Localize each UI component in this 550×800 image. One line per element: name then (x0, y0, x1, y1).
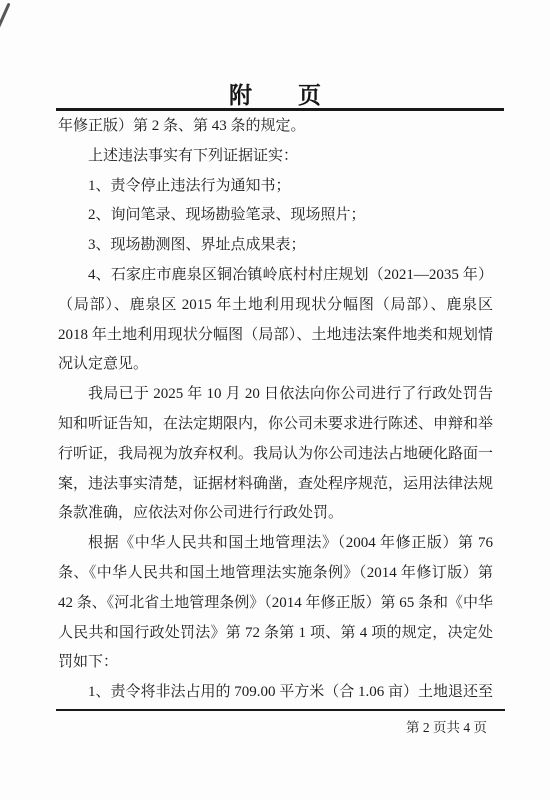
paragraph: 根据《中华人民共和国土地管理法》（2004 年修正版）第 76 条、《中华人民共… (58, 529, 493, 678)
paragraph: 我局已于 2025 年 10 月 20 日依法向你公司进行了行政处罚告知和听证告… (58, 380, 493, 529)
paragraph: 2、询问笔录、现场勘验笔录、现场照片； (58, 201, 493, 231)
footer-divider-rule (56, 709, 505, 711)
paragraph: 3、现场勘测图、界址点成果表； (58, 231, 493, 261)
title-divider-rule (56, 108, 504, 111)
paragraph: 上述违法事实有下列证据证实： (58, 142, 493, 172)
page-title: 附 页 (0, 77, 550, 110)
paragraph: 1、责令将非法占用的 709.00 平方米（合 1.06 亩）土地退还至 (58, 678, 493, 708)
paragraph: 4、石家庄市鹿泉区铜冶镇岭底村村庄规划（2021—2035 年）（局部）、鹿泉区… (58, 261, 493, 380)
page-number: 第 2 页共 4 页 (58, 716, 487, 736)
paragraph: 年修正版）第 2 条、第 43 条的规定。 (58, 112, 493, 142)
document-body: 年修正版）第 2 条、第 43 条的规定。上述违法事实有下列证据证实：1、责令停… (58, 112, 493, 708)
scan-artifact-mark (0, 3, 11, 30)
paragraph: 1、责令停止违法行为通知书； (58, 172, 493, 202)
document-page: 附 页 年修正版）第 2 条、第 43 条的规定。上述违法事实有下列证据证实：1… (0, 0, 550, 800)
